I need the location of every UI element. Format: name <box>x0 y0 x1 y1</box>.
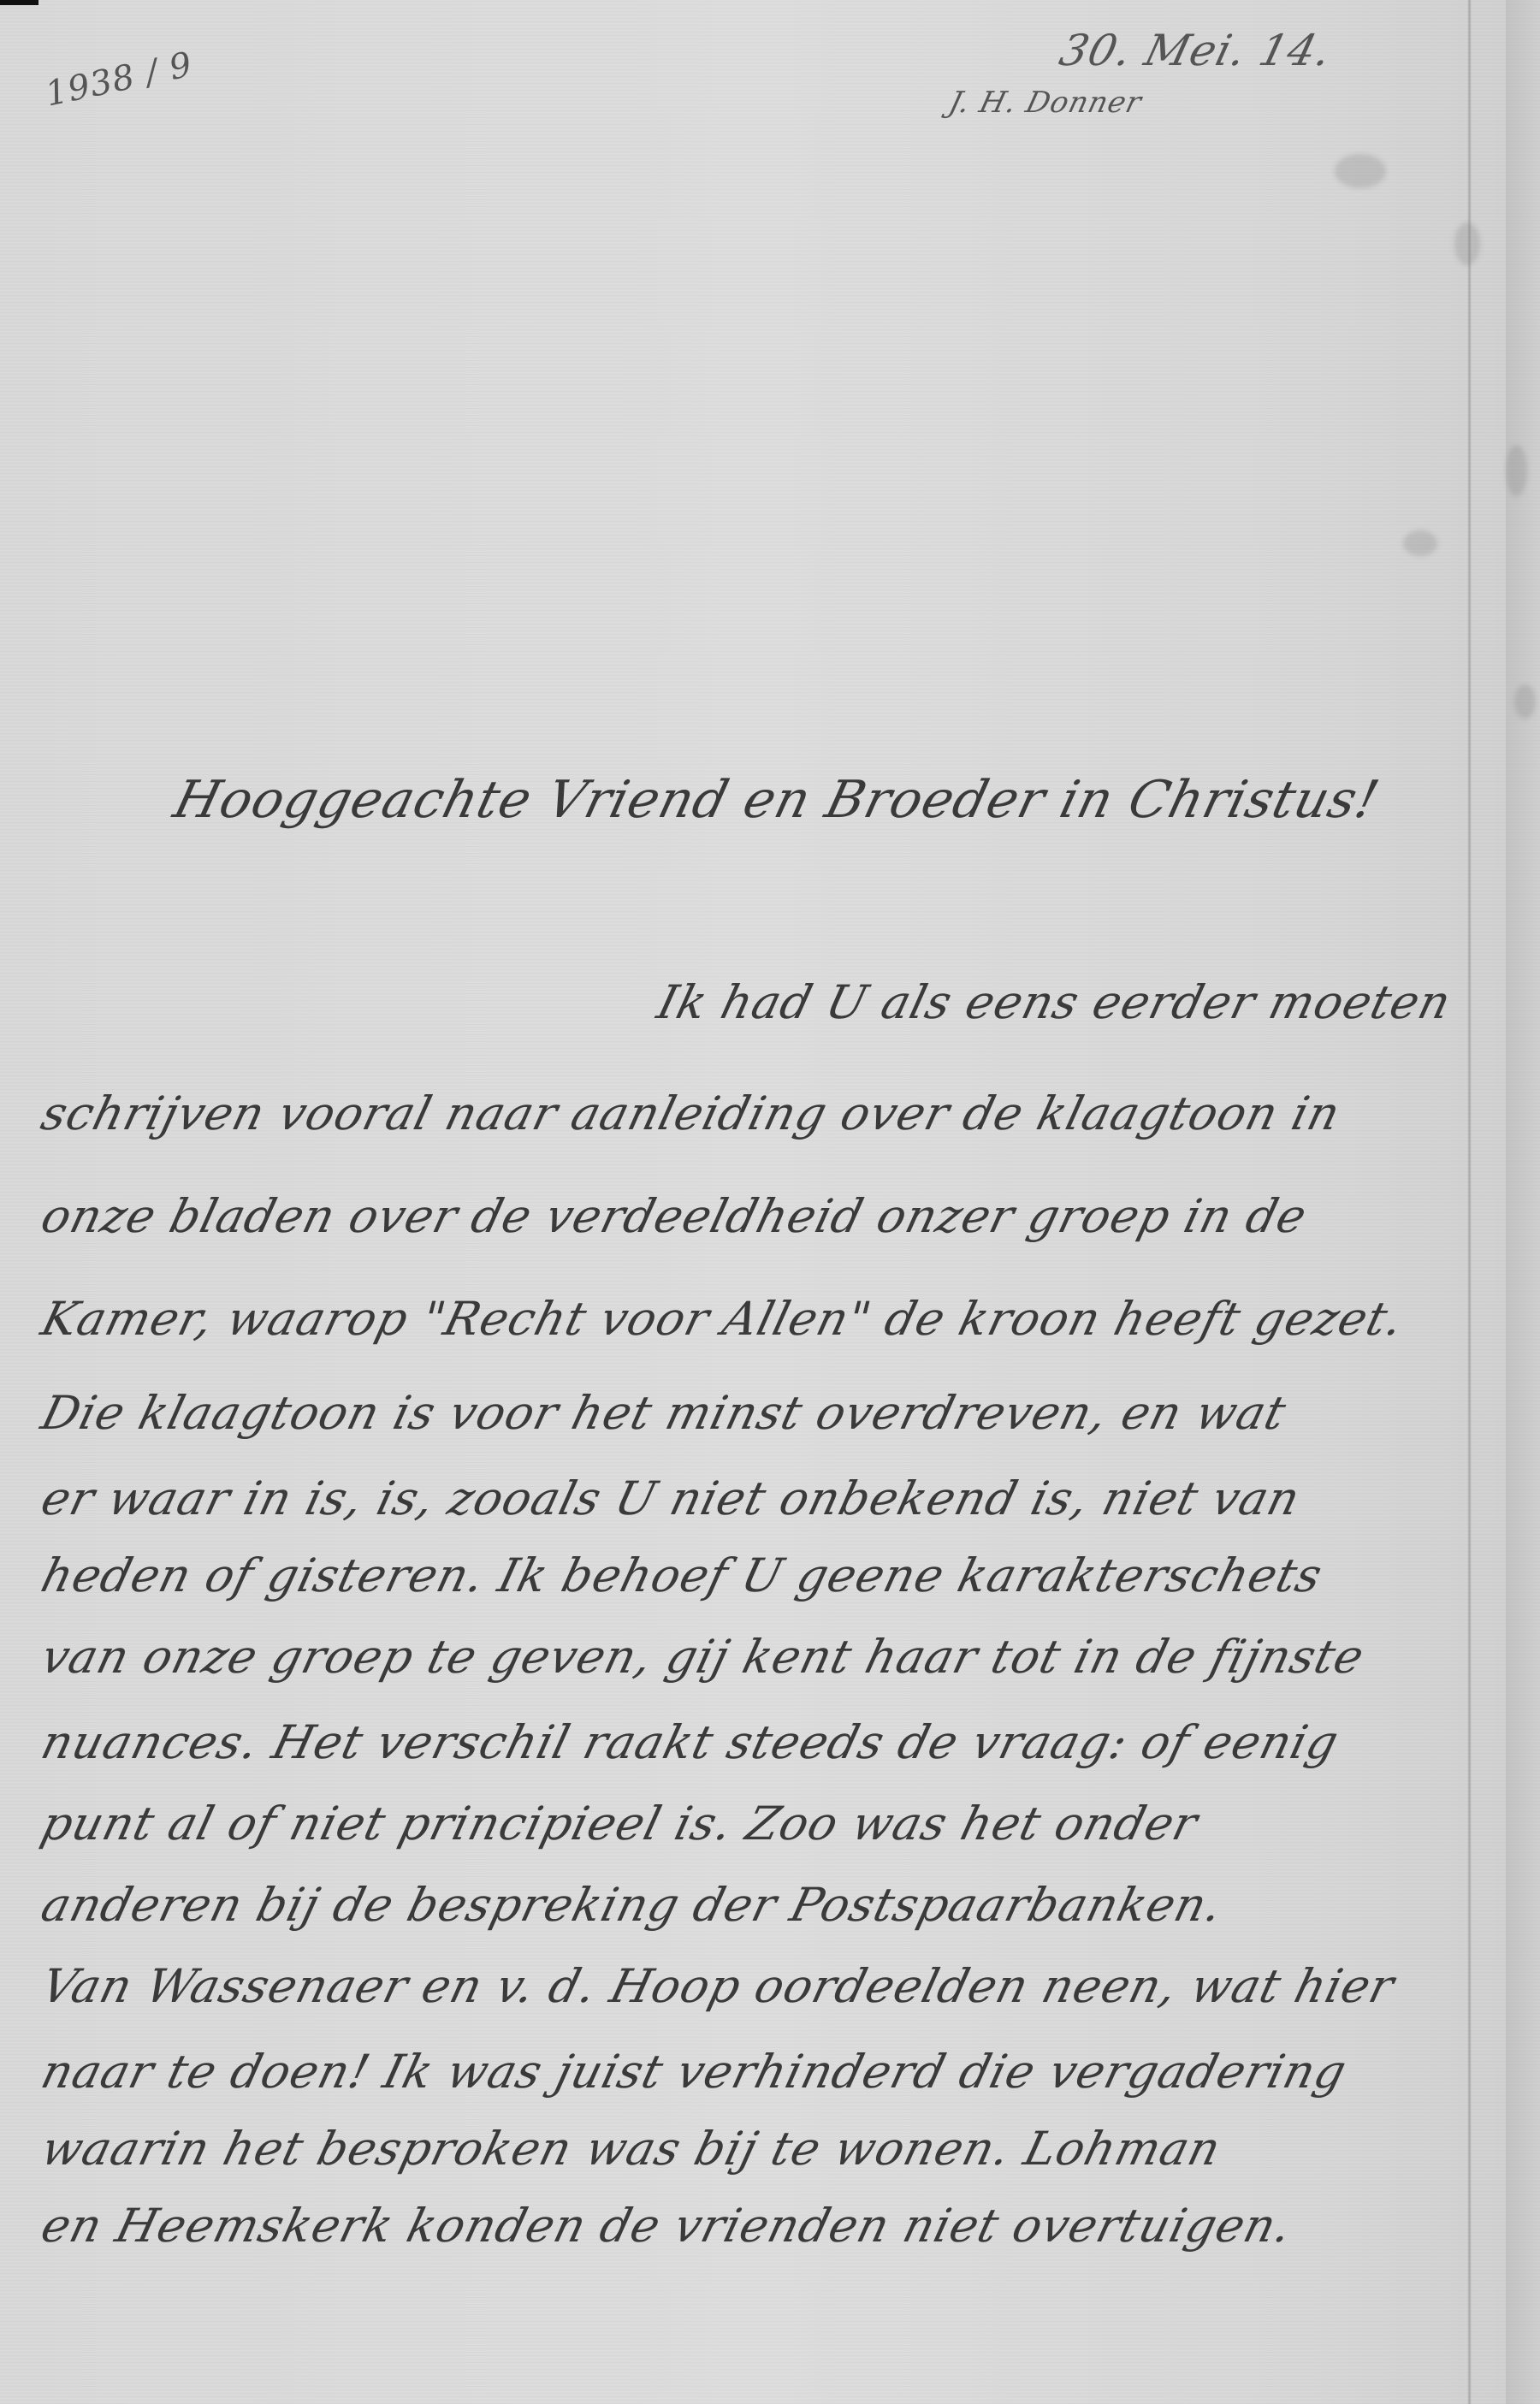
paper-stain <box>1335 154 1386 188</box>
page-fold-line <box>1467 0 1472 2404</box>
letter-line: Ik had U als eens eerder moeten <box>652 975 1457 1029</box>
scan-corner-mark <box>0 0 38 5</box>
letter-line: schrijven vooral naar aanleiding over de… <box>36 1087 1346 1140</box>
paper-stain <box>1514 684 1536 719</box>
letter-date: 30. Mei. 14. <box>1055 26 1337 75</box>
paper-stain <box>1506 445 1527 496</box>
letter-line: heden of gisteren. Ik behoef U geene kar… <box>36 1548 1328 1602</box>
letter-line: waarin het besproken was bij te wonen. L… <box>36 2122 1226 2176</box>
letter-line: nuances. Het verschil raakt steeds de vr… <box>36 1715 1344 1769</box>
letter-line: en Heemskerk konden de vrienden niet ove… <box>36 2199 1298 2253</box>
letter-line: anderen bij de bespreking der Postspaarb… <box>36 1878 1229 1932</box>
letter-line: naar te doen! Ik was juist verhinderd di… <box>36 2045 1352 2099</box>
sender-note: J. H. Donner <box>945 86 1146 120</box>
scanned-letter-page: 1938 / 9 30. Mei. 14. J. H. Donner Hoogg… <box>0 0 1540 2404</box>
letter-line: onze bladen over de verdeeldheid onzer g… <box>36 1189 1312 1243</box>
letter-line: er waar in is, is, zooals U niet onbeken… <box>36 1471 1306 1525</box>
archive-mark: 1938 / 9 <box>43 49 195 110</box>
letter-line: Die klaagtoon is voor het minst overdrev… <box>36 1386 1292 1440</box>
paper-stain <box>1454 222 1480 265</box>
letter-line: Van Wassenaer en v. d. Hoop oordeelden n… <box>36 1959 1400 2013</box>
salutation: Hooggeachte Vriend en Broeder in Christu… <box>168 770 1385 830</box>
letter-line: van onze groep te geven, gij kent haar t… <box>36 1630 1370 1684</box>
letter-line: Kamer, waarop "Recht voor Allen" de kroo… <box>36 1292 1409 1346</box>
page-edge-shadow <box>1506 0 1540 2404</box>
letter-line: punt al of niet principieel is. Zoo was … <box>36 1797 1204 1850</box>
paper-stain <box>1403 530 1437 556</box>
